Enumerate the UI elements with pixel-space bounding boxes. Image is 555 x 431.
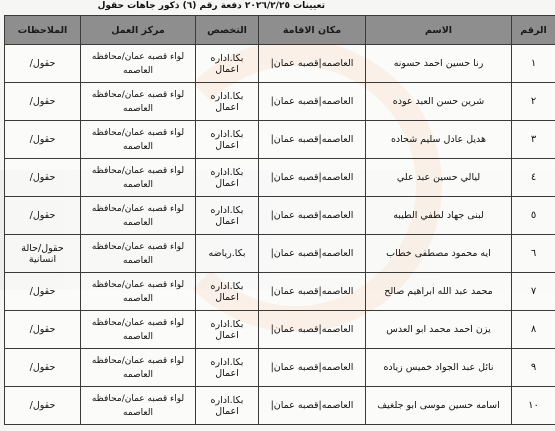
cell-residence: العاصمه|قصبه عمان| <box>259 349 366 387</box>
cell-name: ليالي حسين عبد علي <box>366 159 512 197</box>
cell-work-center: لواء قصبه عمان/محافظه العاصمه <box>81 273 196 311</box>
header-notes: الملاحظات <box>5 16 81 45</box>
cell-residence: العاصمه|قصبه عمان| <box>259 235 366 273</box>
cell-notes: حقول/ <box>5 273 81 311</box>
cell-work-center: لواء قصبه عمان/محافظه العاصمه <box>81 235 196 273</box>
cell-residence: العاصمه|قصبه عمان| <box>259 159 366 197</box>
cell-residence: العاصمه|قصبه عمان| <box>259 83 366 121</box>
cell-name: لبنى جهاد لطفي الطيبه <box>366 197 512 235</box>
cell-notes: حقول/ <box>5 121 81 159</box>
cell-residence: العاصمه|قصبه عمان| <box>259 273 366 311</box>
table-row: ١ رنا حسين احمد حسونه العاصمه|قصبه عمان|… <box>5 45 555 83</box>
cell-name: نائل عبد الجواد خميس زياده <box>366 349 512 387</box>
cell-name: يزن احمد محمد ابو العدس <box>366 311 512 349</box>
cell-specialization: بكا.اداره اعمال <box>196 311 259 349</box>
cell-notes: حقول/ <box>5 83 81 121</box>
cell-num: ٢ <box>512 83 555 121</box>
cell-specialization: بكا.اداره اعمال <box>196 273 259 311</box>
cell-name: محمد عبد الله ابراهيم صالح <box>366 273 512 311</box>
cell-num: ٦ <box>512 235 555 273</box>
cell-specialization: بكا.اداره اعمال <box>196 121 259 159</box>
cell-num: ٣ <box>512 121 555 159</box>
cell-num: ٨ <box>512 311 555 349</box>
cell-specialization: بكا.اداره اعمال <box>196 197 259 235</box>
cell-num: ١ <box>512 45 555 83</box>
table-row: ٢ شرين حسن العبد عوده العاصمه|قصبه عمان|… <box>5 83 555 121</box>
cell-work-center: لواء قصبه عمان/محافظه العاصمه <box>81 349 196 387</box>
cell-work-center: لواء قصبه عمان/محافظه العاصمه <box>81 121 196 159</box>
table-row: ٤ ليالي حسين عبد علي العاصمه|قصبه عمان| … <box>5 159 555 197</box>
table-row: ٧ محمد عبد الله ابراهيم صالح العاصمه|قصب… <box>5 273 555 311</box>
cell-notes: حقول/ <box>5 387 81 425</box>
table-row: ١٠ اسامه حسين موسى ابو جلغيف العاصمه|قصب… <box>5 387 555 425</box>
cell-notes: حقول/حالة انسانية <box>5 235 81 273</box>
cell-residence: العاصمه|قصبه عمان| <box>259 45 366 83</box>
cell-specialization: بكا.اداره اعمال <box>196 387 259 425</box>
cell-specialization: بكا.اداره اعمال <box>196 159 259 197</box>
document-title: تعيينات ٢٠٢٦/٢/٢٥ دفعة رقم (٦) ذكور جاها… <box>110 1 325 11</box>
cell-notes: حقول/ <box>5 159 81 197</box>
cell-specialization: بكا.اداره اعمال <box>196 45 259 83</box>
table-row: ٩ نائل عبد الجواد خميس زياده العاصمه|قصب… <box>5 349 555 387</box>
cell-work-center: لواء قصبه عمان/محافظه العاصمه <box>81 159 196 197</box>
cell-name: شرين حسن العبد عوده <box>366 83 512 121</box>
cell-num: ٥ <box>512 197 555 235</box>
table-header-row: الرقم الاسم مكان الاقامة التخصص مركز الع… <box>5 16 555 45</box>
cell-notes: حقول/ <box>5 45 81 83</box>
table-row: ٨ يزن احمد محمد ابو العدس العاصمه|قصبه ع… <box>5 311 555 349</box>
cell-num: ٤ <box>512 159 555 197</box>
cell-notes: حقول/ <box>5 349 81 387</box>
cell-residence: العاصمه|قصبه عمان| <box>259 387 366 425</box>
cell-work-center: لواء قصبه عمان/محافظه العاصمه <box>81 83 196 121</box>
cell-work-center: لواء قصبه عمان/محافظه العاصمه <box>81 311 196 349</box>
cell-num: ٩ <box>512 349 555 387</box>
cell-name: هديل عادل سليم شحاده <box>366 121 512 159</box>
header-name: الاسم <box>366 16 512 45</box>
cell-name: رنا حسين احمد حسونه <box>366 45 512 83</box>
cell-notes: حقول/ <box>5 197 81 235</box>
cell-name: ايه محمود مصطفى خطاب <box>366 235 512 273</box>
header-work-center: مركز العمل <box>81 16 196 45</box>
cell-num: ٧ <box>512 273 555 311</box>
cell-residence: العاصمه|قصبه عمان| <box>259 311 366 349</box>
cell-num: ١٠ <box>512 387 555 425</box>
appointments-table: الرقم الاسم مكان الاقامة التخصص مركز الع… <box>4 15 555 425</box>
table-row: ٦ ايه محمود مصطفى خطاب العاصمه|قصبه عمان… <box>5 235 555 273</box>
cell-name: اسامه حسين موسى ابو جلغيف <box>366 387 512 425</box>
cell-specialization: بكا.اداره اعمال <box>196 349 259 387</box>
header-specialization: التخصص <box>196 16 259 45</box>
cell-notes: حقول/ <box>5 311 81 349</box>
cell-work-center: لواء قصبه عمان/محافظه العاصمه <box>81 197 196 235</box>
cell-work-center: لواء قصبه عمان/محافظه العاصمه <box>81 387 196 425</box>
table-row: ٥ لبنى جهاد لطفي الطيبه العاصمه|قصبه عما… <box>5 197 555 235</box>
cell-specialization: بكا.رياضه <box>196 235 259 273</box>
cell-residence: العاصمه|قصبه عمان| <box>259 121 366 159</box>
cell-specialization: بكا.اداره اعمال <box>196 83 259 121</box>
cell-residence: العاصمه|قصبه عمان| <box>259 197 366 235</box>
cell-work-center: لواء قصبه عمان/محافظه العاصمه <box>81 45 196 83</box>
table-row: ٣ هديل عادل سليم شحاده العاصمه|قصبه عمان… <box>5 121 555 159</box>
header-num: الرقم <box>512 16 555 45</box>
header-residence: مكان الاقامة <box>259 16 366 45</box>
